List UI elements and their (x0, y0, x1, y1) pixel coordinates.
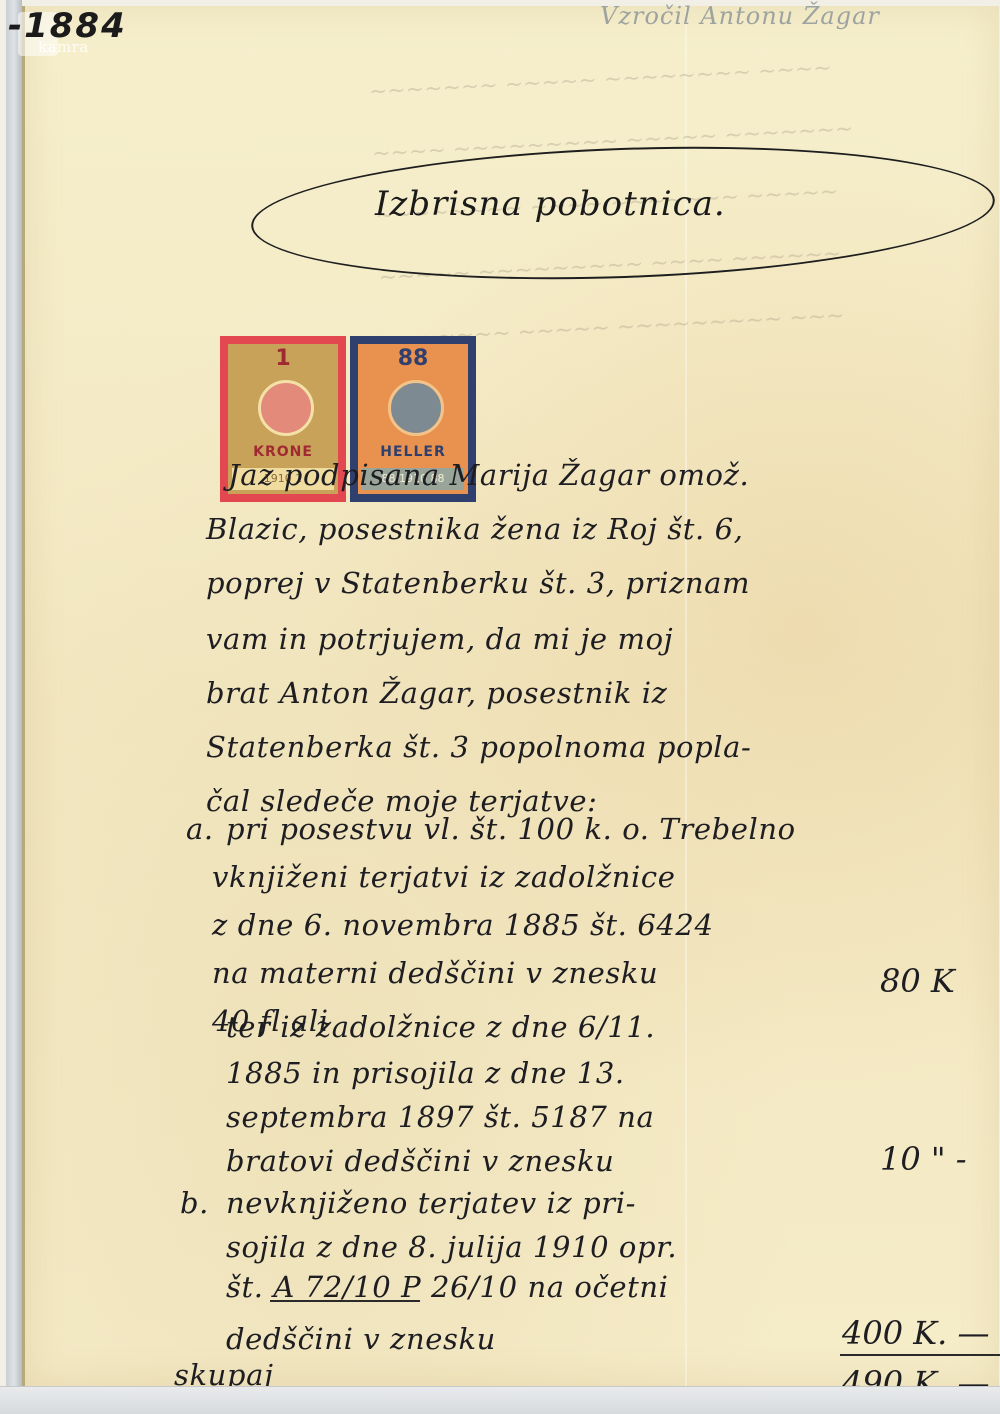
item-a2-amount: 10 " - (880, 1140, 967, 1178)
item-line: dedščini v znesku (226, 1322, 496, 1356)
item-a-amount: 80 K (880, 962, 955, 1000)
body-line: Jaz podpisana Marija Žagar omož. (228, 458, 749, 492)
body-line: Blazic, posestnika žena iz Roj št. 6, (206, 512, 744, 546)
item-line: bratovi dedščini v znesku (226, 1144, 614, 1178)
document-title: Izbrisna pobotnica. (375, 184, 726, 224)
item-marker-b: b. (180, 1186, 209, 1220)
item-marker-a: a. (186, 812, 214, 846)
pencil-note: Vzročil Antonu Žagar (600, 2, 880, 30)
binder-strip (6, 0, 22, 1414)
body-line: vam in potrjujem, da mi je moj (206, 622, 673, 656)
item-line: sojila z dne 8. julija 1910 opr. (226, 1230, 677, 1264)
body-line: poprej v Statenberku št. 3, priznam (206, 566, 750, 600)
body-line: brat Anton Žagar, posestnik iz (206, 676, 668, 710)
item-line: z dne 6. novembra 1885 št. 6424 (212, 908, 714, 942)
item-line: septembra 1897 št. 5187 na (226, 1100, 654, 1134)
archive-number: -1884 (8, 6, 127, 46)
item-line: nevknjiženo terjatev iz pri- (226, 1186, 636, 1220)
stamp-value: 1 (228, 346, 338, 371)
item-line: 1885 in prisojila z dne 13. (226, 1056, 625, 1090)
item-b-amount: 400 K. — (842, 1314, 990, 1352)
sum-rule (840, 1354, 1000, 1356)
plastic-sleeve-edge (0, 1386, 1000, 1414)
scan-frame: ~~~~~~~ ~~~~~ ~~~~~~~~ ~~~~ ~~~~ ~~~~~~~… (0, 0, 1000, 1414)
portrait-medallion-icon (258, 380, 314, 436)
item-line: vknjiženi terjatvi iz zadolžnice (212, 860, 675, 894)
item-line: na materni dedščini v znesku (212, 956, 658, 990)
item-line: ter iz zadolžnice z dne 6/11. (226, 1010, 655, 1044)
body-line: Statenberka št. 3 popolnoma popla- (206, 730, 751, 764)
stamp-value: 88 (358, 346, 468, 371)
item-line: št. A 72/10 P 26/10 na očetni (226, 1270, 669, 1304)
item-line: pri posestvu vl. št. 100 k. o. Trebelno (226, 812, 796, 846)
portrait-medallion-icon (388, 380, 444, 436)
underline-rule (270, 1300, 420, 1302)
